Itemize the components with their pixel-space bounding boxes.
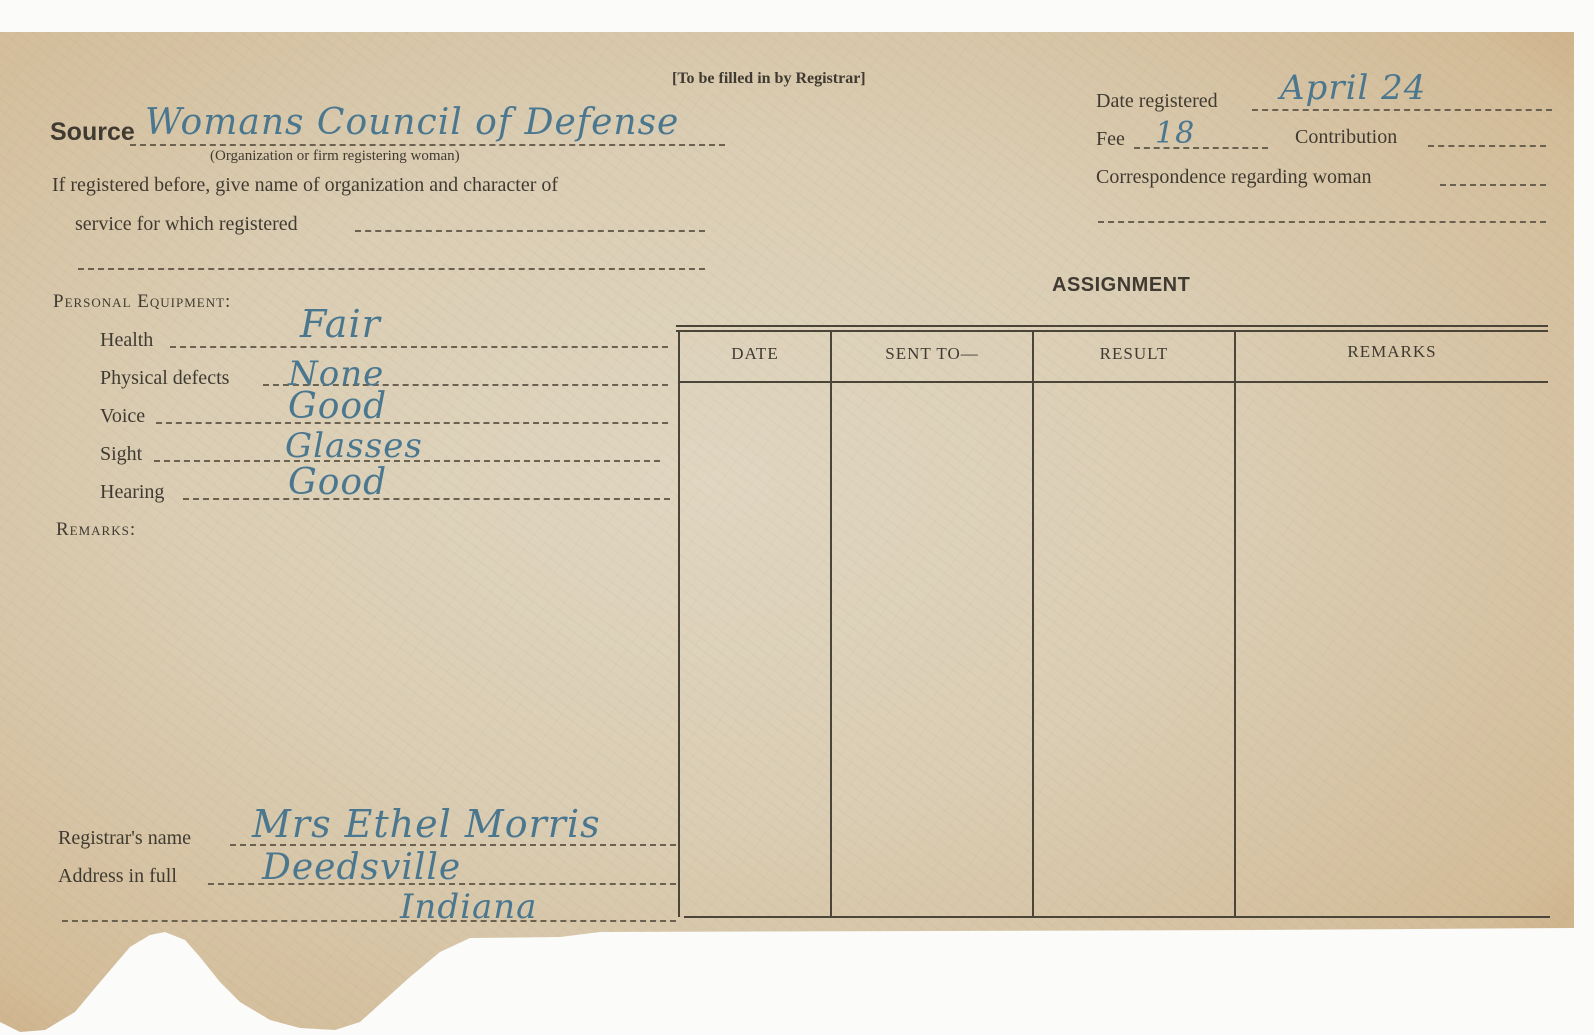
fee-value[interactable]: 18: [1155, 116, 1195, 151]
remarks-label: Remarks:: [56, 519, 136, 541]
table-header-rule: [680, 381, 1548, 383]
voice-line: [156, 422, 668, 424]
date-column-cells[interactable]: [680, 384, 830, 914]
column-header-sent-to: SENT TO—: [832, 344, 1032, 364]
correspondence-label: Correspondence regarding woman: [1096, 166, 1371, 189]
fee-label: Fee: [1096, 128, 1125, 151]
address-line2: [62, 920, 676, 922]
registrar-note: [To be filled in by Registrar]: [672, 70, 866, 88]
hearing-label: Hearing: [100, 481, 164, 504]
address-value-line2[interactable]: Indiana: [400, 887, 537, 927]
contribution-line[interactable]: [1428, 145, 1546, 147]
health-value[interactable]: Fair: [300, 302, 381, 346]
date-registered-line: [1252, 109, 1552, 111]
registered-before-label-line1: If registered before, give name of organ…: [52, 174, 558, 197]
address-label: Address in full: [58, 865, 177, 888]
correspondence-line2[interactable]: [1098, 221, 1546, 223]
hearing-line: [183, 498, 670, 500]
date-registered-value[interactable]: April 24: [1280, 68, 1426, 108]
personal-equipment-heading: Personal Equipment:: [53, 291, 231, 313]
table-top-rule-1: [676, 325, 1548, 327]
date-registered-label: Date registered: [1096, 90, 1218, 113]
physical-defects-label: Physical defects: [100, 367, 229, 390]
voice-label: Voice: [100, 405, 145, 428]
sight-label: Sight: [100, 443, 142, 466]
column-header-remarks: REMARKS: [1236, 342, 1548, 362]
source-label: Source: [50, 118, 135, 147]
registered-before-line1[interactable]: [355, 230, 705, 232]
remarks-column-cells[interactable]: [1236, 384, 1548, 914]
registered-before-line2[interactable]: [78, 268, 705, 270]
source-sublabel: (Organization or firm registering woman): [210, 148, 460, 165]
registration-card: [To be filled in by Registrar] Source Wo…: [0, 32, 1574, 1035]
correspondence-line1[interactable]: [1440, 184, 1546, 186]
registrar-name-label: Registrar's name: [58, 827, 191, 850]
health-label: Health: [100, 329, 153, 352]
source-line: [130, 144, 725, 146]
column-header-date: DATE: [680, 344, 830, 364]
address-value-line1[interactable]: Deedsville: [262, 847, 461, 888]
remarks-area[interactable]: [56, 547, 666, 817]
contribution-label: Contribution: [1295, 126, 1397, 149]
sight-value[interactable]: Glasses: [285, 426, 423, 466]
table-bottom-rule: [684, 916, 1550, 918]
hearing-value[interactable]: Good: [288, 462, 387, 503]
result-column-cells[interactable]: [1034, 384, 1234, 914]
registrar-name-value[interactable]: Mrs Ethel Morris: [252, 802, 601, 846]
sent-to-column-cells[interactable]: [832, 384, 1032, 914]
health-line: [170, 346, 668, 348]
table-top-rule-2: [676, 330, 1548, 332]
column-header-result: RESULT: [1034, 344, 1234, 364]
registered-before-label-line2: service for which registered: [75, 213, 298, 236]
voice-value[interactable]: Good: [288, 386, 387, 427]
assignment-title: ASSIGNMENT: [1052, 274, 1190, 297]
source-value[interactable]: Womans Council of Defense: [145, 102, 679, 143]
